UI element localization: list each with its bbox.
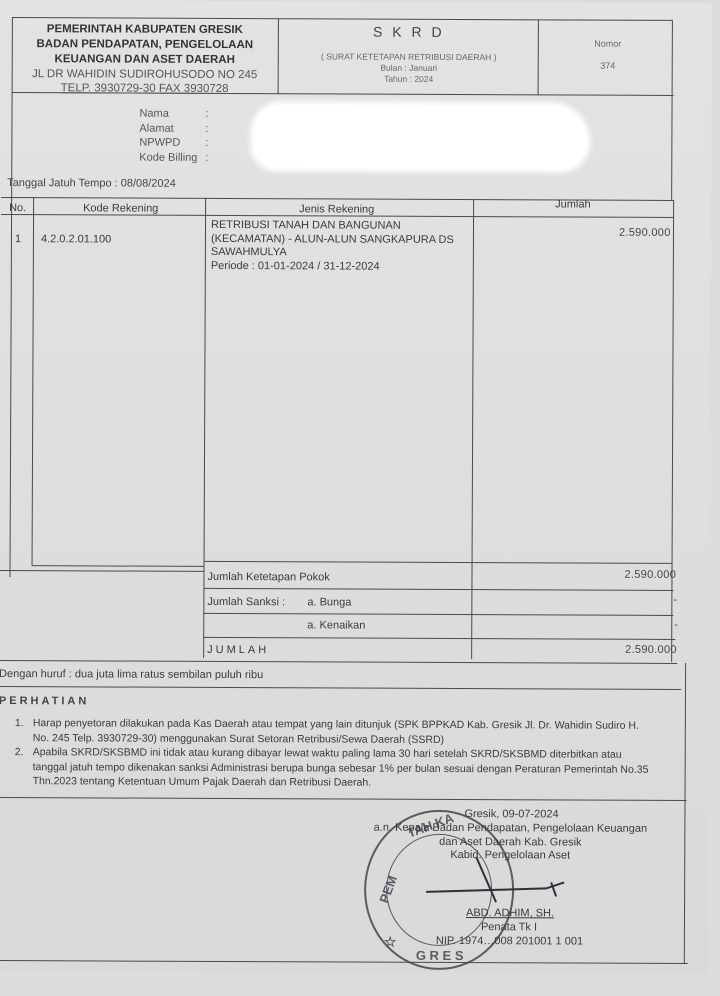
document-title: S K R D (282, 23, 536, 40)
col-header-no: No. (9, 202, 26, 216)
words-bottom (0, 686, 681, 690)
agency-header: PEMERINTAH KABUPATEN GRESIK BADAN PENDAP… (14, 22, 276, 96)
redaction-mark (254, 105, 586, 168)
notice-item-2: 2. Apabila SKRD/SKSBMD ini tidak atau ku… (15, 745, 649, 791)
notice-bottom (0, 797, 687, 801)
summary-line-3 (203, 637, 675, 640)
header-top-border (12, 17, 672, 21)
signature-place-date: Gresik, 09-07-2024 (464, 808, 558, 822)
description-line: (KECAMATAN) - ALUN-ALUN SANGKAPURA DS (211, 232, 454, 247)
summary-bottom (0, 660, 677, 664)
right-border-bottom (684, 663, 686, 963)
kenaikan-label: a. Kenaikan (307, 619, 365, 633)
signatory-rank: Penata Tk I (481, 921, 537, 935)
sep: : (205, 107, 208, 122)
sanksi-label: Jumlah Sanksi : (207, 596, 285, 610)
agency-name-line-1: PEMERINTAH KABUPATEN GRESIK (14, 22, 276, 38)
due-date: Tanggal Jatuh Tempo : 08/08/2024 (7, 177, 176, 190)
col-divider-no (32, 197, 35, 565)
sep: : (205, 136, 208, 151)
row-no: 1 (15, 233, 21, 247)
label-nama: Nama (139, 107, 197, 122)
agency-phone: TELP. 3930729-30 FAX 3930728 (14, 81, 276, 96)
total-label: JUMLAH (207, 644, 269, 658)
document-number-label: Nomor (538, 38, 678, 49)
sep: : (205, 150, 208, 165)
amount-in-words: Dengan huruf : dua juta lima ratus sembi… (0, 668, 263, 683)
signature-scribble (416, 852, 576, 913)
header-divider-1 (278, 18, 279, 94)
total-value: 2.590.000 (625, 644, 677, 656)
signatory-name: ABD. ADHIM, SH. (466, 907, 554, 921)
notice-title: PERHATIAN (0, 695, 89, 709)
col-header-kode-rekening: Kode Rekening (83, 202, 158, 216)
taxpayer-separators: : : : : (205, 107, 208, 165)
summary-left-top (0, 570, 204, 572)
notice-item-1: 1. Harap penyetoran dilakukan pada Kas D… (15, 716, 639, 748)
document-title-block: S K R D ( SURAT KETETAPAN RETRIBUSI DAER… (282, 23, 536, 85)
label-alamat: Alamat (139, 121, 197, 136)
document-number-value: 374 (538, 60, 678, 71)
col-header-jenis-rekening: Jenis Rekening (299, 203, 374, 217)
row-code: 4.2.0.2.01.100 (41, 233, 111, 247)
description-line: RETRIBUSI TANAH DAN BANGUNAN (211, 219, 454, 234)
kenaikan-value: - (674, 619, 678, 631)
taxpayer-labels: Nama Alamat NPWPD Kode Billing (139, 107, 197, 165)
document-bottom-border (0, 960, 688, 964)
label-kode-billing: Kode Billing (139, 150, 197, 165)
label-npwpd: NPWPD (139, 136, 197, 151)
left-border (9, 17, 12, 577)
document-number-block: Nomor 374 (538, 38, 678, 71)
bunga-value: - (673, 594, 677, 606)
skrd-document: PEMERINTAH KABUPATEN GRESIK BADAN PENDAP… (0, 0, 712, 973)
notice-number: 1. (15, 716, 24, 731)
description-line: Periode : 01-01-2024 / 31-12-2024 (211, 259, 454, 274)
summary-line-2 (203, 613, 673, 616)
signatory-nip: NIP. 1974…008 201001 1 001 (436, 935, 583, 949)
agency-address: JL DR WAHIDIN SUDIROHUSODO NO 245 (14, 67, 276, 82)
summary-line-1 (203, 588, 673, 591)
pokok-label: Jumlah Ketetapan Pokok (207, 571, 329, 585)
agency-name-line-3: KEUANGAN DAN ASET DAERAH (14, 52, 276, 68)
notice-number: 2. (15, 745, 24, 760)
bunga-label: a. Bunga (307, 596, 351, 610)
table-row: 1 4.2.0.2.01.100 RETRIBUSI TANAH DAN BAN… (0, 0, 712, 3)
document-year: Tahun : 2024 (282, 73, 536, 85)
row-amount: 2.590.000 (619, 227, 671, 239)
right-border (671, 200, 674, 662)
pokok-value: 2.590.000 (624, 569, 676, 581)
stamp-text: G R E S (416, 948, 464, 963)
row-bottom-left (32, 565, 204, 567)
col-header-jumlah: Jumlah (555, 198, 591, 212)
star-icon: ☆ (384, 934, 397, 951)
agency-name-line-2: BADAN PENDAPATAN, PENGELOLAAN (14, 37, 276, 53)
row-description: RETRIBUSI TANAH DAN BANGUNAN (KECAMATAN)… (211, 219, 454, 274)
notice-line: Thn.2023 tentang Ketentuan Umum Pajak Da… (33, 774, 649, 791)
description-line: SAWAHMULYA (211, 246, 454, 261)
sep: : (205, 121, 208, 136)
summary-top (204, 561, 672, 564)
